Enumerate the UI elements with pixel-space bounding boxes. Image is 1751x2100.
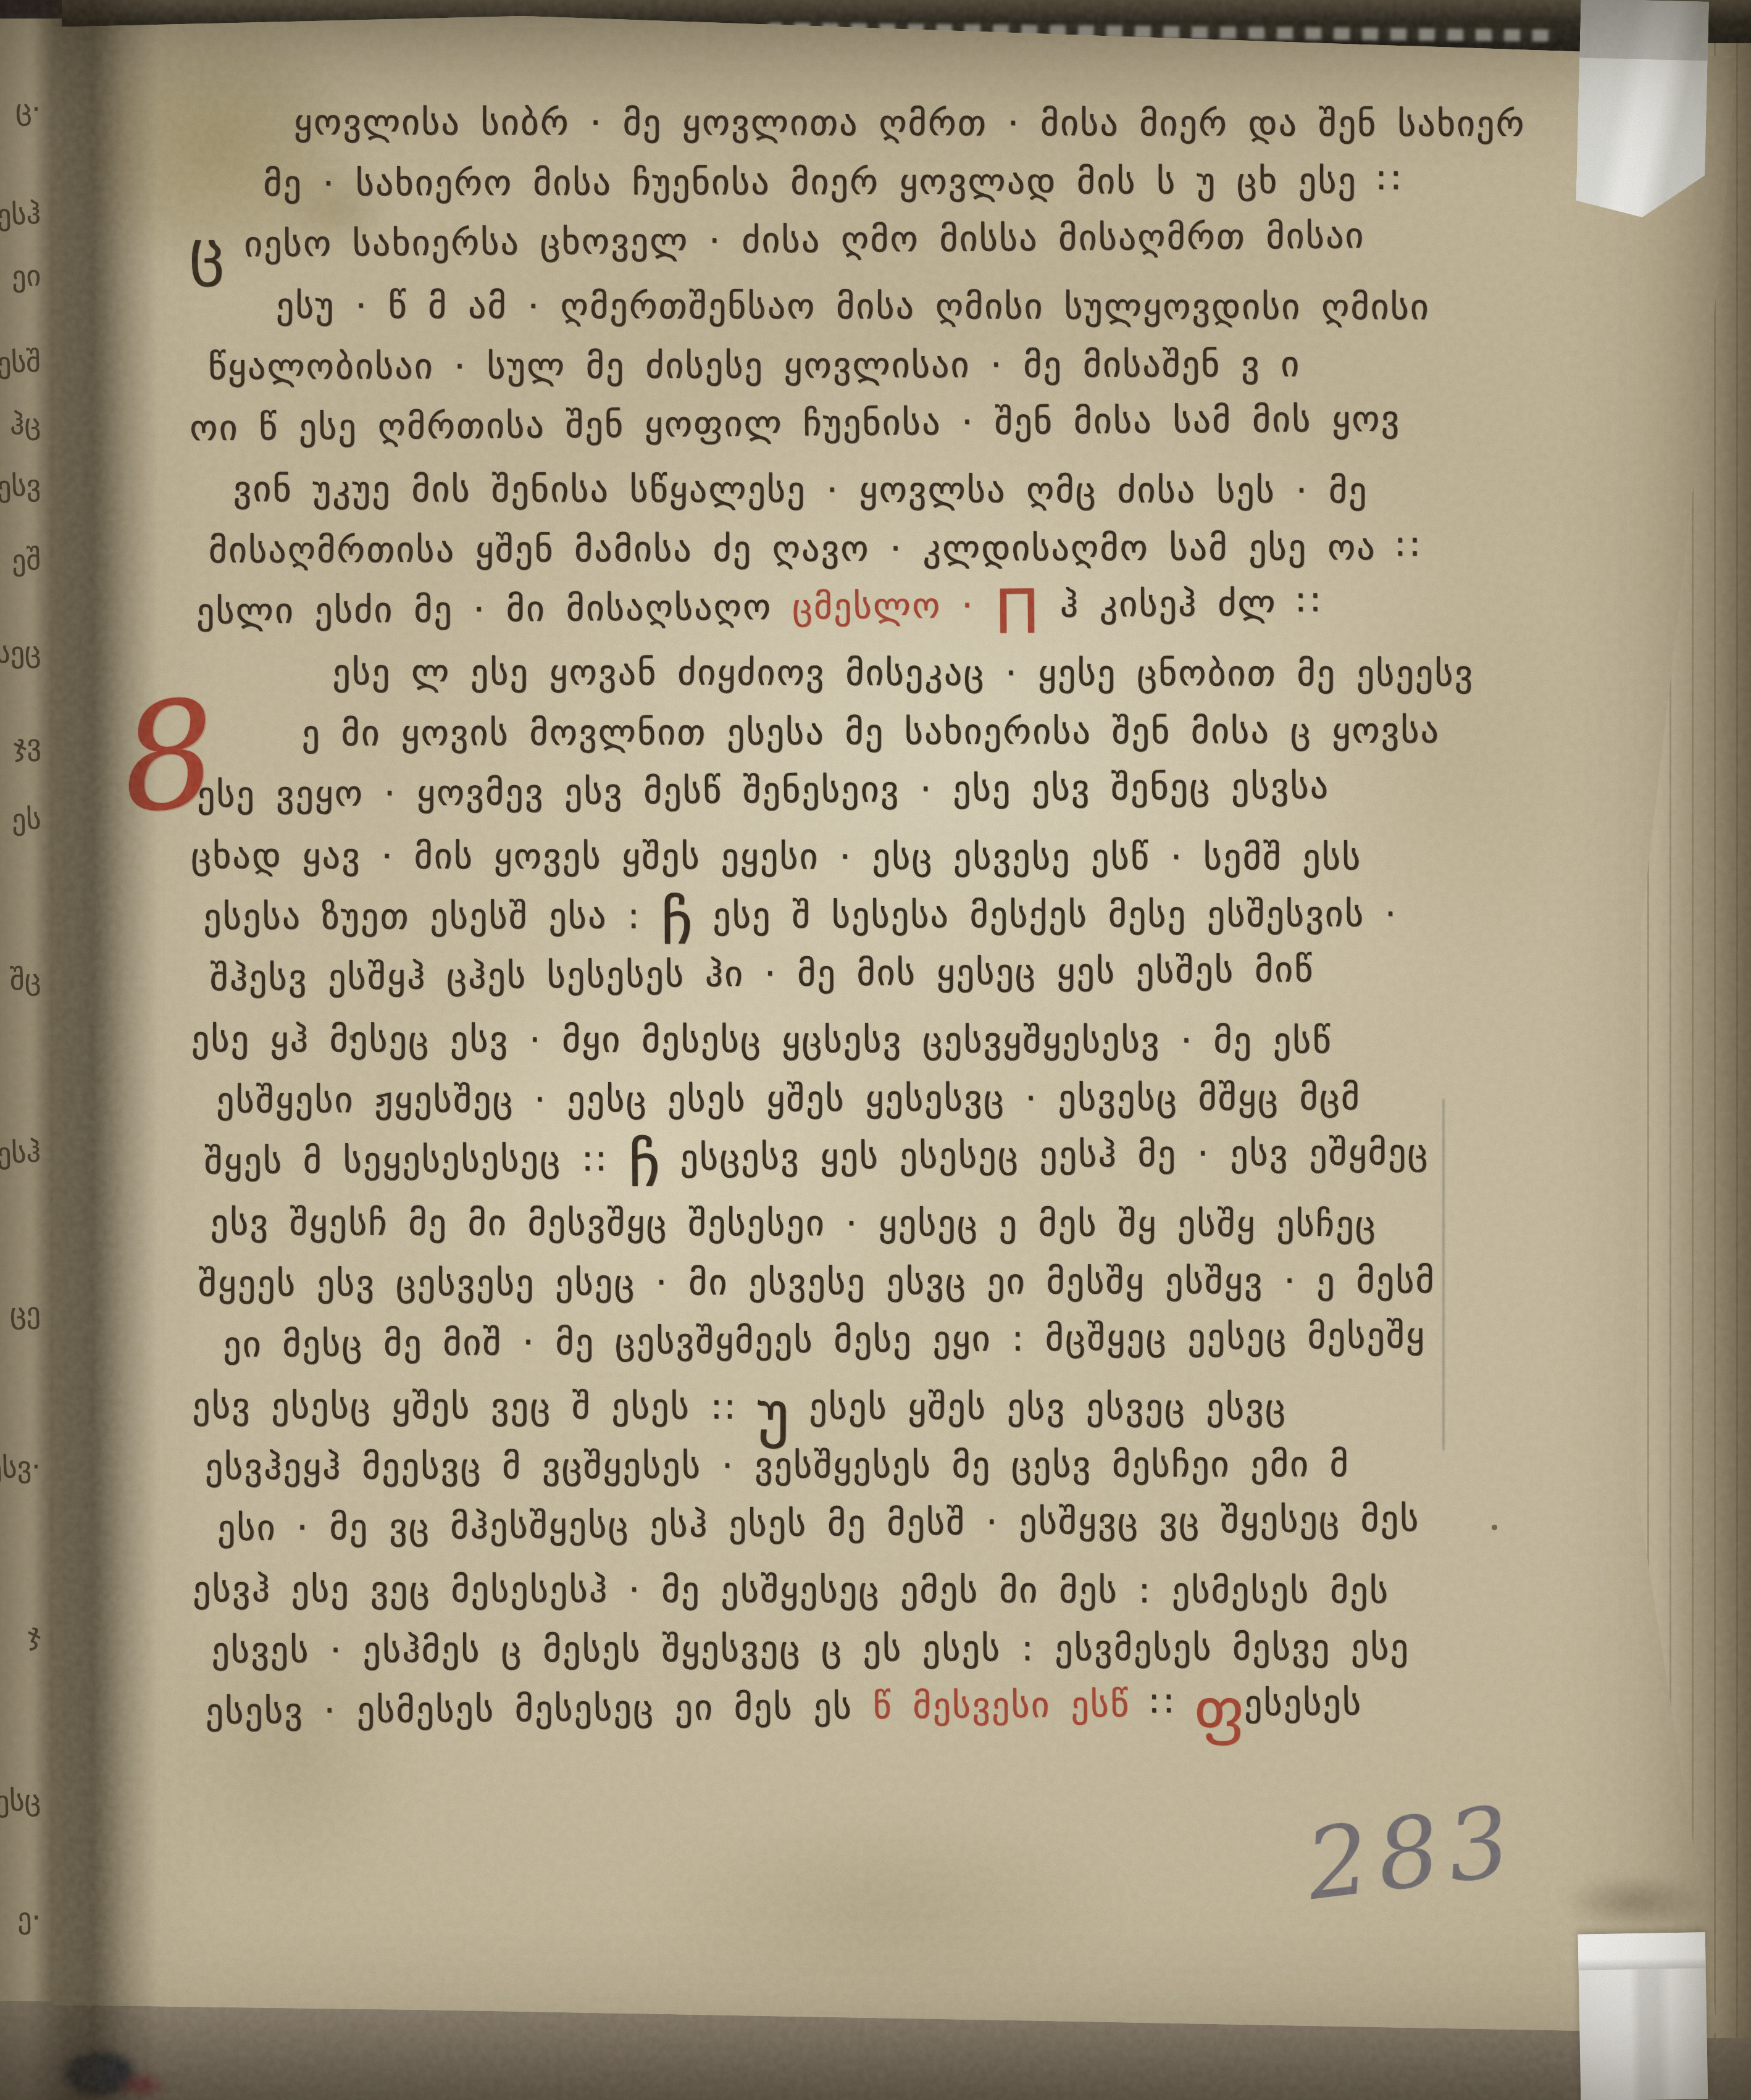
rubric-run: Π (994, 577, 1040, 648)
facing-page-text-fragment: ესეც (0, 635, 41, 670)
smudge-above-ribbon (1544, 1868, 1729, 1936)
facing-page-text-fragment: ეი (11, 259, 41, 293)
text-run: ყოვლისა სიბრ · მე ყოვლითა ღმრთ · მისა მი… (294, 102, 1526, 144)
manuscript-line: ყოვლისა სიბრ · მე ყოვლითა ღმრთ · მისა მი… (294, 93, 1584, 156)
text-run: ესესეს (1244, 1682, 1363, 1723)
text-run: ეი მესც მე მიშ · მე ცესვშყმეეს მესე ეყი … (223, 1315, 1426, 1365)
text-run: ესეს ყშეს ესვ ესვეც ესვც (789, 1386, 1287, 1428)
facing-page-text-fragment: ესჰ (0, 197, 41, 231)
manuscript-line: ც იესო სახიერსა ცხოველ · ძისა ღმო მისსა … (189, 204, 1585, 276)
text-run: ესლი ესძი მე · მი მისაღსაღო (196, 586, 792, 632)
manuscript-line: ესვ ესესც ყშეს ვეც შ ესეს :: უ ესეს ყშეს… (193, 1376, 1588, 1439)
text-run: იესო სახიერსა ცხოველ · ძისა ღმო მისსა მი… (224, 215, 1365, 265)
text-run: ესე ვეყო · ყოვმევ ესვ მესწ შენესეივ · ეს… (197, 766, 1330, 815)
rubric-run: ფ (1194, 1675, 1245, 1746)
facing-page-text-fragment: ეშ (11, 543, 41, 577)
rubric-run: ცმესლო · (792, 585, 995, 628)
text-run: წყალობისაი · სულ მე ძისესე ყოვლისაი · მე… (208, 344, 1301, 388)
facing-page-text-fragment: ცე (9, 1296, 41, 1330)
manuscript-line: ესლი ესძი მე · მი მისაღსაღო ცმესლო · Π ჰ… (196, 570, 1586, 643)
manuscript-line: ესესვ · ესმესეს მესესეც ეი მეს ეს წ მესვ… (205, 1670, 1589, 1743)
text-run: ესი · მე ვც მჰესშყესც ესჰ ესეს მე მესშ ·… (217, 1499, 1420, 1549)
text-run: ჰ კისეჰ ძლ ∷ (1040, 583, 1321, 626)
rubric-run: წ მესვესი ესწ (873, 1684, 1130, 1727)
facing-page-text-fragment: ესჰ (0, 1135, 41, 1170)
text-run: ესვ ესესც ყშეს ვეც შ ესეს :: (193, 1386, 758, 1427)
manuscript-line: ესე ლ ესე ყოვან ძიყძიოვ მისეკაც · ყესე ც… (332, 642, 1586, 704)
text-run: ესცესვ ყეს ესესეც ეესჰ მე · ესვ ეშყმეც (660, 1131, 1429, 1178)
manuscript-line: შყეს მ სეყესესესეც :: ჩ ესცესვ ყეს ესესე… (204, 1120, 1587, 1193)
facing-page-text-fragment: ც· (15, 92, 41, 126)
facing-page-text-fragment: ჯესშ (0, 344, 41, 380)
red-drop-cap-initial: 8 (116, 680, 222, 835)
text-run: ვინ უკუე მის შენისა სწყალესე · ყოვლსა ღმ… (233, 469, 1368, 511)
text-run: მისაღმრთისა ყშენ მამისა ძე ღავო · კლდისა… (209, 527, 1420, 571)
text-run: უ (758, 1379, 789, 1449)
text-run: ესუ · წ მ ამ · ღმერთშენსაო მისა ღმისი სუ… (276, 286, 1430, 328)
text-run: ესე შ სესესა მესქეს მესე ესშესვის · (693, 894, 1398, 936)
manuscript-line: ვინ უკუე მის შენისა სწყალესე · ყოვლსა ღმ… (233, 459, 1586, 522)
facing-page-text-fragment: ეს (11, 802, 41, 836)
manuscript-line: ესე ყჰ მესეც ესვ · მყი მესესც ყცსესვ ცეს… (191, 1009, 1587, 1072)
manuscript-line: ესვჰ ესე ვეც მესესესჰ · მე ესშყესეც ემეს… (193, 1559, 1588, 1622)
manuscript-line: ესე ვეყო · ყოვმევ ესვ მესწ შენესეივ · ეს… (197, 754, 1587, 826)
facing-page-text-fragment: ე· (17, 1901, 41, 1935)
stain-bottom (584, 1790, 1189, 2025)
facing-page-text-fragment: ესვ· (0, 1450, 41, 1485)
text-run: ესვჰეყჰ მეესვც მ ვცშყესეს · ვესშყესეს მე… (205, 1444, 1350, 1488)
manuscript-line: შჰესვ ესშყჰ ცჰეს სესესეს ჰი · მე მის ყეს… (209, 937, 1587, 1009)
text-run: ჩ (628, 1130, 660, 1201)
manuscript-line: ცხად ყავ · მის ყოვეს ყშეს ეყესი · ესც ეს… (191, 826, 1586, 889)
text-run: მე · სახიერო მისა ჩუენისა მიერ ყოვლად მი… (263, 160, 1401, 204)
manuscript-line: ეი მესც მე მიშ · მე ცესვშყმეეს მესე ეყი … (223, 1304, 1588, 1376)
text-run: ც (189, 217, 224, 287)
facing-page-text-fragment: ესვ (0, 469, 41, 503)
text-run: ესე ყჰ მესეც ესვ · მყი მესესც ყცსესვ ცეს… (191, 1019, 1332, 1061)
text-run: შჰესვ ესშყჰ ცჰეს სესესეს ჰი · მე მის ყეს… (209, 949, 1314, 999)
text-run: შყეს მ სეყესესესეც :: (204, 1138, 629, 1182)
pencil-folio-number: 283 (1300, 1784, 1524, 1923)
cover-cloth-maroon (105, 2067, 179, 2100)
manuscript-text: ყოვლისა სიბრ · მე ყოვლითა ღმრთ · მისა მი… (189, 89, 1589, 1743)
text-run: ესვჰ ესე ვეც მესესესჰ · მე ესშყესეც ემეს… (193, 1569, 1389, 1611)
parchment-page: ყოვლისა სიბრ · მე ყოვლითა ღმრთ · მისა მი… (53, 0, 1736, 2100)
text-run: ოი წ ესე ღმრთისა შენ ყოფილ ჩუენისა · შენ… (190, 399, 1400, 449)
text-run: ესშყესი ჟყესშეც · ეესც ესეს ყშეს ყესესვც… (216, 1077, 1361, 1121)
facing-page-sliver: ც·ესჰეიჯესშჰცესვეშესეცჯვესშცესჰცეესვ·ჯეს… (0, 0, 62, 2100)
manuscript-line: ესუ · წ მ ამ · ღმერთშენსაო მისა ღმისი სუ… (276, 276, 1585, 339)
facing-page-text-fragment: ჯვ (13, 728, 41, 762)
facing-page-text-fragment: ჯ (27, 1617, 41, 1651)
facing-page-text-fragment: ჰც (9, 407, 41, 441)
text-run: ესვ შყესჩ მე მი მესვშყც შესესეი · ყესეც … (211, 1202, 1377, 1244)
text-run: ესე ლ ესე ყოვან ძიყძიოვ მისეკაც · ყესე ც… (332, 652, 1474, 694)
text-run: ე მი ყოვის მოვლნით ესესა მე სახიერისა შე… (302, 710, 1440, 754)
facing-page-text-fragment: ესც (0, 1783, 41, 1819)
text-run: ესესა ზუეთ ესესშ ესა : (203, 896, 661, 938)
text-run: ესესვ · ესმესეს მესესეც ეი მეს ეს (206, 1686, 873, 1731)
manuscript-line: ესვ შყესჩ მე მი მესვშყც შესესეი · ყესეც … (211, 1193, 1587, 1256)
text-run: ცხად ყავ · მის ყოვეს ყშეს ეყესი · ესც ეს… (191, 836, 1361, 878)
facing-page-text-fragment: შც (9, 962, 41, 997)
text-run: შყეეს ესვ ცესვესე ესეც · მი ესვესე ესვც … (198, 1260, 1435, 1304)
text-run: ესვეს · ესჰმეს ც მესეს შყესვეც ც ეს ესეს… (212, 1627, 1410, 1671)
manuscript-photo: ც·ესჰეიჯესშჰცესვეშესეცჯვესშცესჰცეესვ·ჯეს… (0, 0, 1751, 2100)
manuscript-line: ოი წ ესე ღმრთისა შენ ყოფილ ჩუენისა · შენ… (190, 387, 1586, 459)
manuscript-line: ესი · მე ვც მჰესშყესც ესჰ ესეს მე მესშ ·… (217, 1487, 1589, 1559)
text-run: ∷ (1130, 1683, 1195, 1725)
conservation-ribbon-bottom (1578, 1932, 1708, 2100)
